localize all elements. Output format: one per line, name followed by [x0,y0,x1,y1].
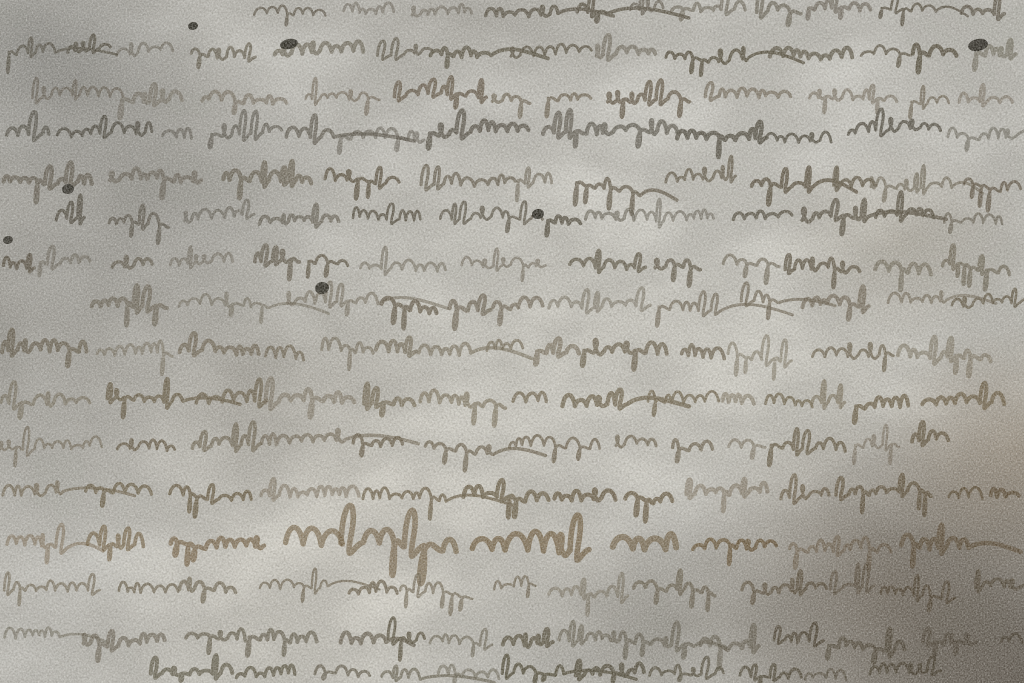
paper-grain-layer [0,0,1024,683]
manuscript-photo [0,0,1024,683]
